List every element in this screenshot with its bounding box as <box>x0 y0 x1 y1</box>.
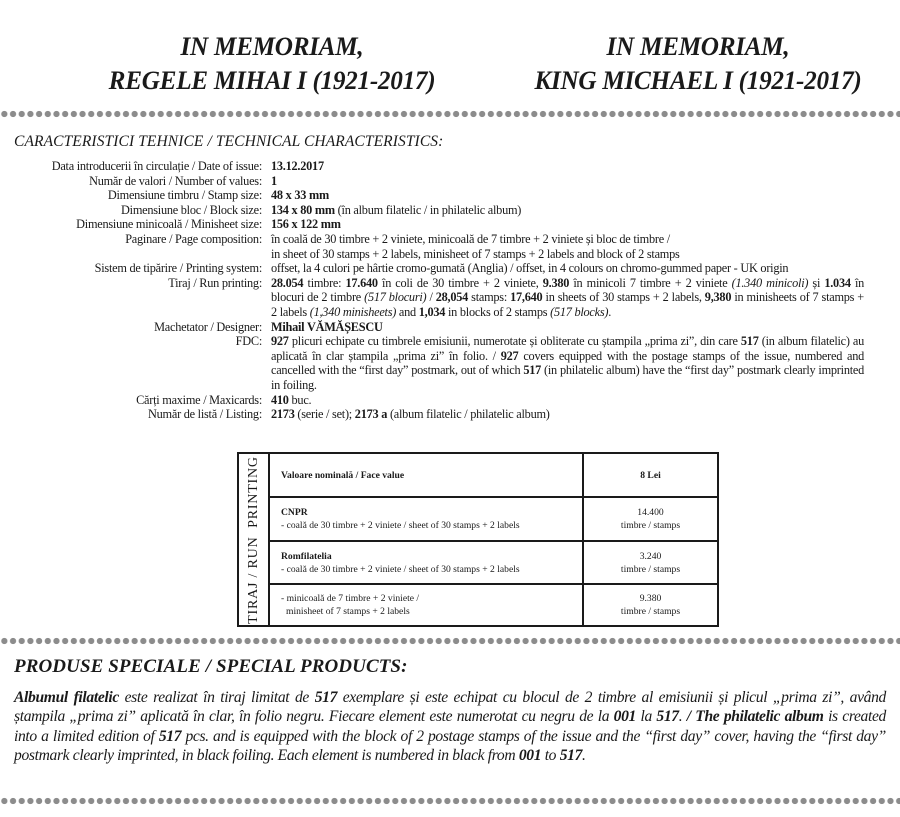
special-products-heading: PRODUSE SPECIALE / SPECIAL PRODUCTS: <box>14 656 408 678</box>
spec-label: Cărți maxime / Maxicards: <box>0 393 271 408</box>
spec-row-stamp-size: Dimensiune timbru / Stamp size: 48 x 33 … <box>0 188 900 203</box>
text-run: este realizat în tiraj limitat de <box>119 689 315 706</box>
text-run: . <box>679 708 687 725</box>
special-products-text: Albumul filatelic este realizat în tiraj… <box>14 688 886 765</box>
table-cell-desc: - minicoală de 7 timbre + 2 viniete / mi… <box>270 585 584 625</box>
spec-row-minisheet-size: Dimensiune minicoală / Minisheet size: 1… <box>0 217 900 232</box>
table-side-label: TIRAJ / RUN PRINTING <box>246 456 262 624</box>
text-run: . <box>582 747 586 764</box>
emphasis-bold: 9.380 <box>543 276 569 290</box>
title-ro-line1: IN MEMORIAM, <box>59 30 486 64</box>
spec-row-run-printing: Tiraj / Run printing: 28.054 timbre: 17.… <box>0 276 900 320</box>
text-run: to <box>541 747 560 764</box>
spec-value-bold: 410 <box>271 393 289 407</box>
table-row-face-value: Valoare nominală / Face value 8 Lei <box>270 454 717 498</box>
face-value: 8 Lei <box>640 469 661 482</box>
table-unit: timbre / stamps <box>621 605 680 618</box>
spec-value-bold: 48 x 33 mm <box>271 188 329 202</box>
text-run: stamps: <box>468 290 510 304</box>
face-value-label: Valoare nominală / Face value <box>281 469 582 482</box>
spec-value: 13.12.2017 <box>271 159 864 174</box>
text-run: și <box>808 276 824 290</box>
emphasis-bold: 927 <box>501 349 519 363</box>
emphasis-bold: 517 <box>741 334 759 348</box>
run-printing-table: TIRAJ / RUN PRINTING Valoare nominală / … <box>237 452 719 627</box>
spec-row-values: Număr de valori / Number of values: 1 <box>0 174 900 189</box>
emphasis-bold: 517 <box>315 689 337 706</box>
text-run: / <box>426 290 435 304</box>
spec-label: Data introducerii în circulație / Date o… <box>0 159 271 174</box>
text-run: in sheets of 30 stamps + 2 labels, <box>542 290 704 304</box>
table-row-cnpr: CNPR - coală de 30 timbre + 2 viniete / … <box>270 498 717 542</box>
table-side-header: TIRAJ / RUN PRINTING <box>239 454 270 625</box>
spec-value: 2173 (serie / set); 2173 a (album filate… <box>271 407 864 422</box>
table-body: Valoare nominală / Face value 8 Lei CNPR… <box>270 454 717 625</box>
table-row-desc: - minicoală de 7 timbre + 2 viniete / <box>281 592 582 605</box>
spec-value: 410 buc. <box>271 393 864 408</box>
emphasis-bold: 001 <box>614 708 636 725</box>
spec-row-designer: Machetator / Designer: Mihail VĂMĂȘESCU <box>0 320 900 335</box>
title-en-line1: IN MEMORIAM, <box>485 30 900 64</box>
spec-value: 48 x 33 mm <box>271 188 864 203</box>
emphasis-bold: 001 <box>519 747 541 764</box>
emphasis-bold: 1.034 <box>824 276 850 290</box>
emphasis-italic: (517 blocuri) <box>364 290 426 304</box>
text-run: plicuri echipate cu timbrele emisiunii, … <box>289 334 741 348</box>
table-unit: timbre / stamps <box>621 519 680 532</box>
spec-label: Dimensiune minicoală / Minisheet size: <box>0 217 271 232</box>
dotted-divider <box>0 797 900 805</box>
spec-label: Număr de valori / Number of values: <box>0 174 271 189</box>
table-cell-value: 9.380 timbre / stamps <box>584 585 717 625</box>
spec-value-bold: Mihail VĂMĂȘESCU <box>271 320 383 334</box>
spec-row-listing: Număr de listă / Listing: 2173 (serie / … <box>0 407 900 422</box>
spec-value-bold: 2173 a <box>355 407 387 421</box>
emphasis-bold: 28.054 <box>271 276 303 290</box>
text-run: and <box>396 305 419 319</box>
spec-value: offset, la 4 culori pe hârtie cromo-guma… <box>271 261 864 276</box>
table-cell-desc: Romfilatelia - coală de 30 timbre + 2 vi… <box>270 542 584 583</box>
table-row-desc: - coală de 30 timbre + 2 viniete / sheet… <box>281 519 582 532</box>
emphasis-bold: / The philatelic album <box>687 708 824 725</box>
text-run: . <box>608 305 611 319</box>
spec-value-bold: 134 x 80 mm <box>271 203 335 217</box>
spec-row-date: Data introducerii în circulație / Date o… <box>0 159 900 174</box>
spec-row-fdc: FDC: 927 plicuri echipate cu timbrele em… <box>0 334 900 392</box>
spec-value-note: (serie / set); <box>295 407 355 421</box>
table-cell-value: 8 Lei <box>584 454 717 496</box>
emphasis-bold: 517 <box>159 728 181 745</box>
spec-value-bold: 156 x 122 mm <box>271 217 341 231</box>
text-run: în coli de 30 timbre + 2 viniete, <box>378 276 543 290</box>
table-row-desc: minisheet of 7 stamps + 2 labels <box>281 605 582 618</box>
text-run: timbre: <box>303 276 345 290</box>
emphasis-bold: 517 <box>656 708 678 725</box>
text-run: in blocks of 2 stamps <box>445 305 550 319</box>
spec-value: Mihail VĂMĂȘESCU <box>271 320 864 335</box>
spec-label: Dimensiune timbru / Stamp size: <box>0 188 271 203</box>
emphasis-bold: 17,640 <box>510 290 542 304</box>
spec-label: Dimensiune bloc / Block size: <box>0 203 271 218</box>
spec-value: 1 <box>271 174 864 189</box>
emphasis-bold: 517 <box>560 747 582 764</box>
table-row-minisheet: - minicoală de 7 timbre + 2 viniete / mi… <box>270 585 717 625</box>
emphasis-italic: (1.340 minicoli) <box>732 276 809 290</box>
emphasis-italic: (517 blocks) <box>550 305 608 319</box>
spec-label: Număr de listă / Listing: <box>0 407 271 422</box>
title-en-line2: KING MICHAEL I (1921-2017) <box>485 64 900 98</box>
table-row-title: Romfilatelia <box>281 550 582 563</box>
dotted-divider <box>0 637 900 645</box>
emphasis-bold: 517 <box>523 363 541 377</box>
title-romanian: IN MEMORIAM, REGELE MIHAI I (1921-2017) <box>59 30 486 98</box>
table-qty: 9.380 <box>640 592 662 605</box>
spec-row-maxicards: Cărți maxime / Maxicards: 410 buc. <box>0 393 900 408</box>
text-run: la <box>636 708 656 725</box>
spec-value-note: buc. <box>289 393 312 407</box>
table-row-desc: - coală de 30 timbre + 2 viniete / sheet… <box>281 563 582 576</box>
spec-value-bold: 2173 <box>271 407 295 421</box>
spec-row-page-composition: Paginare / Page composition: în coală de… <box>0 232 900 261</box>
emphasis-bold: 1,034 <box>419 305 445 319</box>
table-cell-desc: Valoare nominală / Face value <box>270 454 584 496</box>
spec-value-line: în coală de 30 timbre + 2 viniete, minic… <box>271 232 864 247</box>
spec-row-block-size: Dimensiune bloc / Block size: 134 x 80 m… <box>0 203 900 218</box>
spec-row-printing-system: Sistem de tipărire / Printing system: of… <box>0 261 900 276</box>
spec-value-line: in sheet of 30 stamps + 2 labels, minish… <box>271 247 864 262</box>
spec-value-bold: 1 <box>271 174 277 188</box>
text-run: în minicoli 7 timbre + 2 viniete <box>569 276 731 290</box>
spec-label: Sistem de tipărire / Printing system: <box>0 261 271 276</box>
table-unit: timbre / stamps <box>621 563 680 576</box>
spec-value: 134 x 80 mm (în album filatelic / in phi… <box>271 203 864 218</box>
emphasis-italic: (1,340 minisheets) <box>310 305 396 319</box>
table-cell-value: 14.400 timbre / stamps <box>584 498 717 540</box>
table-qty: 14.400 <box>637 506 663 519</box>
table-row-title: CNPR <box>281 506 582 519</box>
spec-value-bold: 13.12.2017 <box>271 159 324 173</box>
spec-label: Tiraj / Run printing: <box>0 276 271 320</box>
table-qty: 3.240 <box>640 550 662 563</box>
title-english: IN MEMORIAM, KING MICHAEL I (1921-2017) <box>485 30 900 98</box>
emphasis-bold: 927 <box>271 334 289 348</box>
table-cell-desc: CNPR - coală de 30 timbre + 2 viniete / … <box>270 498 584 540</box>
technical-heading: CARACTERISTICI TEHNICE / TECHNICAL CHARA… <box>14 133 443 151</box>
technical-specs: Data introducerii în circulație / Date o… <box>0 159 900 422</box>
emphasis-bold: Albumul filatelic <box>14 689 119 706</box>
spec-label: Paginare / Page composition: <box>0 232 271 261</box>
spec-value-note: (album filatelic / philatelic album) <box>387 407 550 421</box>
table-cell-value: 3.240 timbre / stamps <box>584 542 717 583</box>
emphasis-bold: 28,054 <box>436 290 468 304</box>
spec-value-note: (în album filatelic / in philatelic albu… <box>335 203 521 217</box>
dotted-divider <box>0 110 900 118</box>
table-row-romfilatelia: Romfilatelia - coală de 30 timbre + 2 vi… <box>270 542 717 585</box>
spec-value: în coală de 30 timbre + 2 viniete, minic… <box>271 232 864 261</box>
emphasis-bold: 17.640 <box>346 276 378 290</box>
spec-label: Machetator / Designer: <box>0 320 271 335</box>
emphasis-bold: 9,380 <box>705 290 731 304</box>
spec-label: FDC: <box>0 334 271 392</box>
title-ro-line2: REGELE MIHAI I (1921-2017) <box>59 64 486 98</box>
spec-value: 156 x 122 mm <box>271 217 864 232</box>
spec-value: 927 plicuri echipate cu timbrele emisiun… <box>271 334 864 392</box>
spec-value: 28.054 timbre: 17.640 în coli de 30 timb… <box>271 276 864 320</box>
